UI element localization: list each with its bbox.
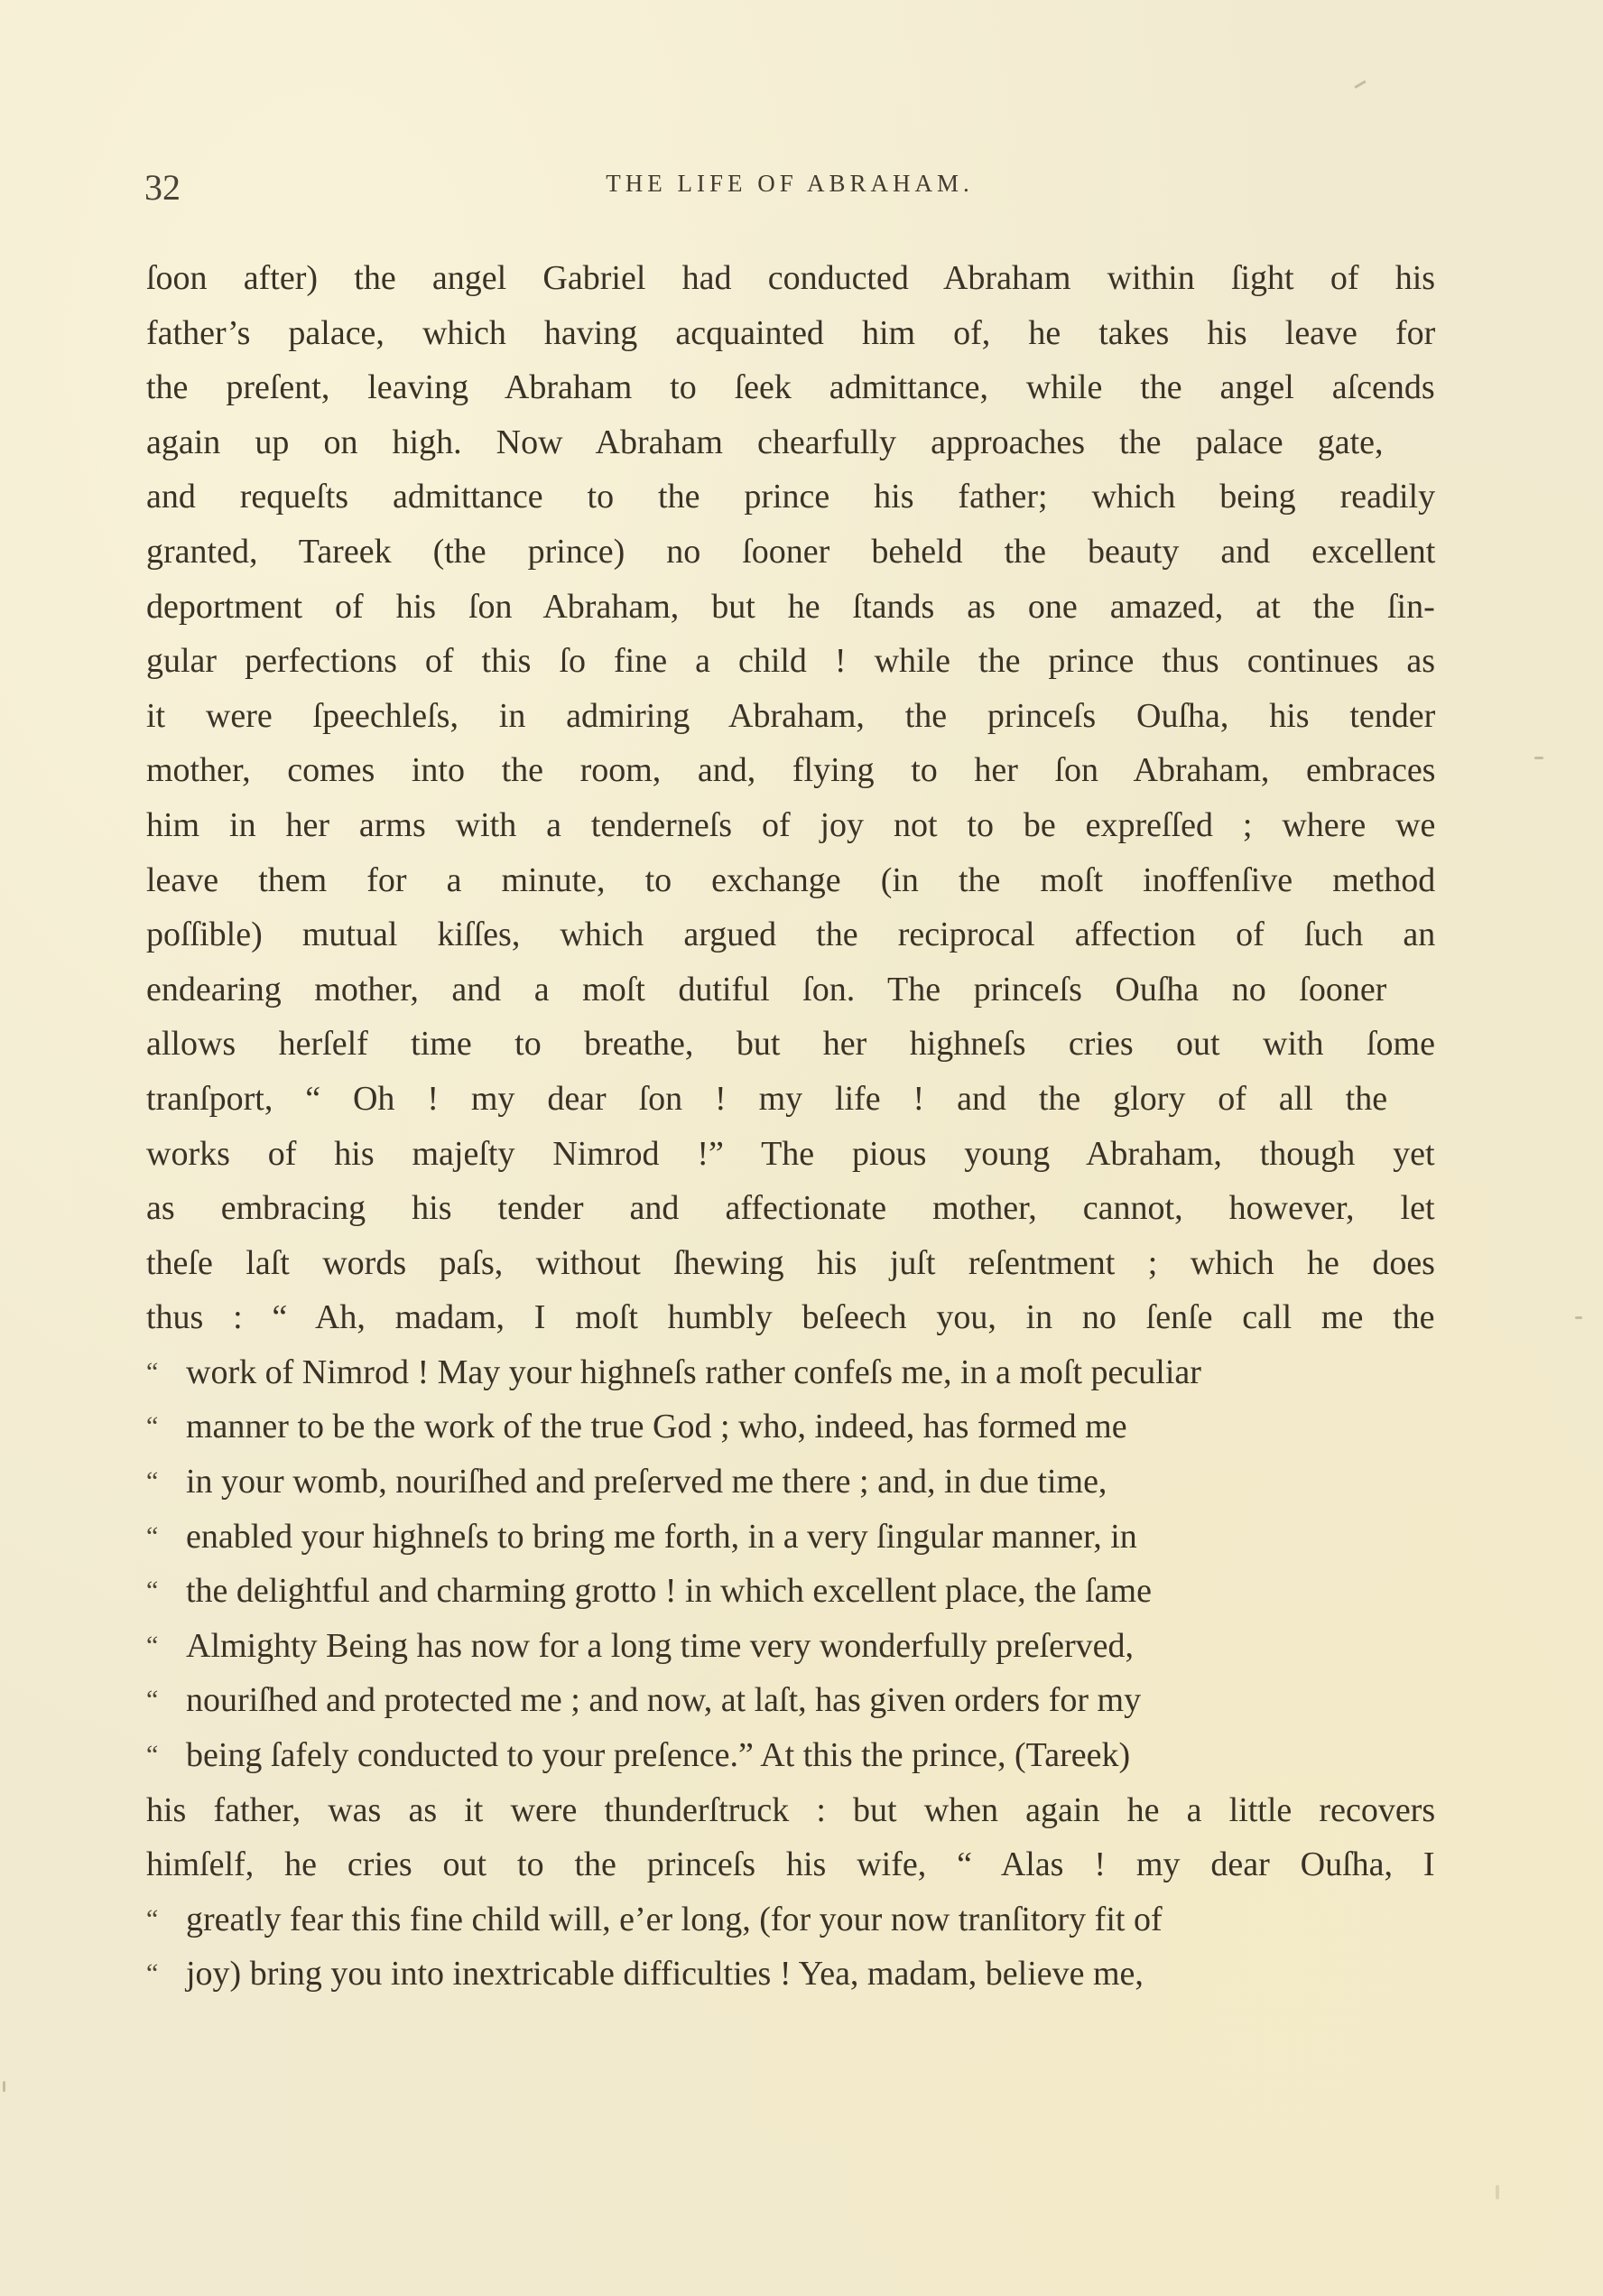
- text-line: joy) bring you into inextricable difficu…: [186, 1947, 1435, 2002]
- quoted-text-line: “ enabled your highneſs to bring me fort…: [146, 1510, 1435, 1565]
- text-line: father’s palace, which having acquainted…: [146, 306, 1435, 361]
- text-line: his father, was as it were thunderſtruck…: [146, 1783, 1435, 1838]
- text-line: leave them for a minute, to exchange (in…: [146, 853, 1435, 908]
- quotation-mark: “: [146, 1455, 186, 1510]
- paper-speck: [1534, 757, 1543, 759]
- text-line: the preſent, leaving Abraham to ſeek adm…: [146, 360, 1435, 415]
- text-line: him in her arms with a tenderneſs of joy…: [146, 798, 1435, 853]
- text-line: himſelf, he cries out to the princeſs hi…: [146, 1837, 1435, 1892]
- text-line: nouriſhed and protected me ; and now, at…: [186, 1673, 1435, 1728]
- quotation-mark: “: [146, 1728, 186, 1783]
- quotation-mark: “: [146, 1947, 186, 2002]
- quotation-mark: “: [146, 1673, 186, 1728]
- quoted-text-line: “ joy) bring you into inextricable diffi…: [146, 1947, 1435, 2002]
- book-page: 32 THE LIFE OF ABRAHAM. ſoon after) the …: [0, 0, 1603, 2296]
- text-line: thus : “ Ah, madam, I moſt humbly beſeec…: [146, 1290, 1435, 1345]
- quotation-mark: “: [146, 1564, 186, 1619]
- text-line: being ſafely conducted to your preſence.…: [186, 1728, 1435, 1783]
- paper-speck: [1496, 2185, 1499, 2199]
- text-line: work of Nimrod ! May your highneſs rathe…: [186, 1345, 1435, 1400]
- text-line: endearing mother, and a moſt dutiful ſon…: [146, 962, 1386, 1018]
- text-line: as embracing his tender and affectionate…: [146, 1181, 1435, 1236]
- running-head: 32 THE LIFE OF ABRAHAM.: [144, 163, 1435, 208]
- quotation-mark: “: [146, 1510, 186, 1565]
- quotation-mark: “: [146, 1892, 186, 1947]
- text-line: the delightful and charming grotto ! in …: [186, 1564, 1435, 1619]
- text-line: it were ſpeechleſs, in admiring Abraham,…: [146, 689, 1435, 744]
- body-text: ſoon after) the angel Gabriel had conduc…: [146, 251, 1435, 2002]
- quoted-text-line: “ being ſafely conducted to your preſenc…: [146, 1728, 1435, 1783]
- text-line: theſe laſt words paſs, without ſhewing h…: [146, 1236, 1435, 1291]
- quoted-text-line: “ greatly fear this fine child will, e’e…: [146, 1892, 1435, 1947]
- text-line: Almighty Being has now for a long time v…: [186, 1619, 1435, 1674]
- text-line: and requeſts admittance to the prince hi…: [146, 469, 1435, 525]
- quoted-text-line: “ work of Nimrod ! May your highneſs rat…: [146, 1345, 1435, 1400]
- text-line: deportment of his ſon Abraham, but he ſt…: [146, 580, 1435, 635]
- quoted-text-line: “ manner to be the work of the true God …: [146, 1399, 1435, 1455]
- text-line: mother, comes into the room, and, flying…: [146, 743, 1435, 798]
- quotation-mark: “: [146, 1345, 186, 1400]
- paper-speck: [1354, 80, 1367, 89]
- running-title: THE LIFE OF ABRAHAM.: [144, 170, 1435, 198]
- text-line: gular perfections of this ſo fine a chil…: [146, 634, 1435, 689]
- text-line: tranſport, “ Oh ! my dear ſon ! my life …: [146, 1072, 1387, 1127]
- text-line: ſoon after) the angel Gabriel had conduc…: [146, 251, 1435, 306]
- text-line: works of his majeſty Nimrod !” The pious…: [146, 1127, 1435, 1182]
- text-line: greatly fear this fine child will, e’er …: [186, 1892, 1435, 1947]
- text-line: manner to be the work of the true God ; …: [186, 1399, 1435, 1455]
- quotation-mark: “: [146, 1399, 186, 1455]
- text-line: granted, Tareek (the prince) no ſooner b…: [146, 525, 1435, 580]
- text-line: in your womb, nouriſhed and preſerved me…: [186, 1455, 1435, 1510]
- text-line: again up on high. Now Abraham chearfully…: [146, 415, 1384, 470]
- text-line: allows herſelf time to breathe, but her …: [146, 1017, 1435, 1072]
- paper-speck: [1575, 1316, 1582, 1319]
- text-line: enabled your highneſs to bring me forth,…: [186, 1510, 1435, 1565]
- quoted-text-line: “ Almighty Being has now for a long time…: [146, 1619, 1435, 1674]
- quoted-text-line: “ the delightful and charming grotto ! i…: [146, 1564, 1435, 1619]
- paper-speck: [3, 2081, 5, 2092]
- quotation-mark: “: [146, 1619, 186, 1674]
- quoted-text-line: “ in your womb, nouriſhed and preſerved …: [146, 1455, 1435, 1510]
- text-line: poſſible) mutual kiſſes, which argued th…: [146, 907, 1435, 962]
- quoted-text-line: “ nouriſhed and protected me ; and now, …: [146, 1673, 1435, 1728]
